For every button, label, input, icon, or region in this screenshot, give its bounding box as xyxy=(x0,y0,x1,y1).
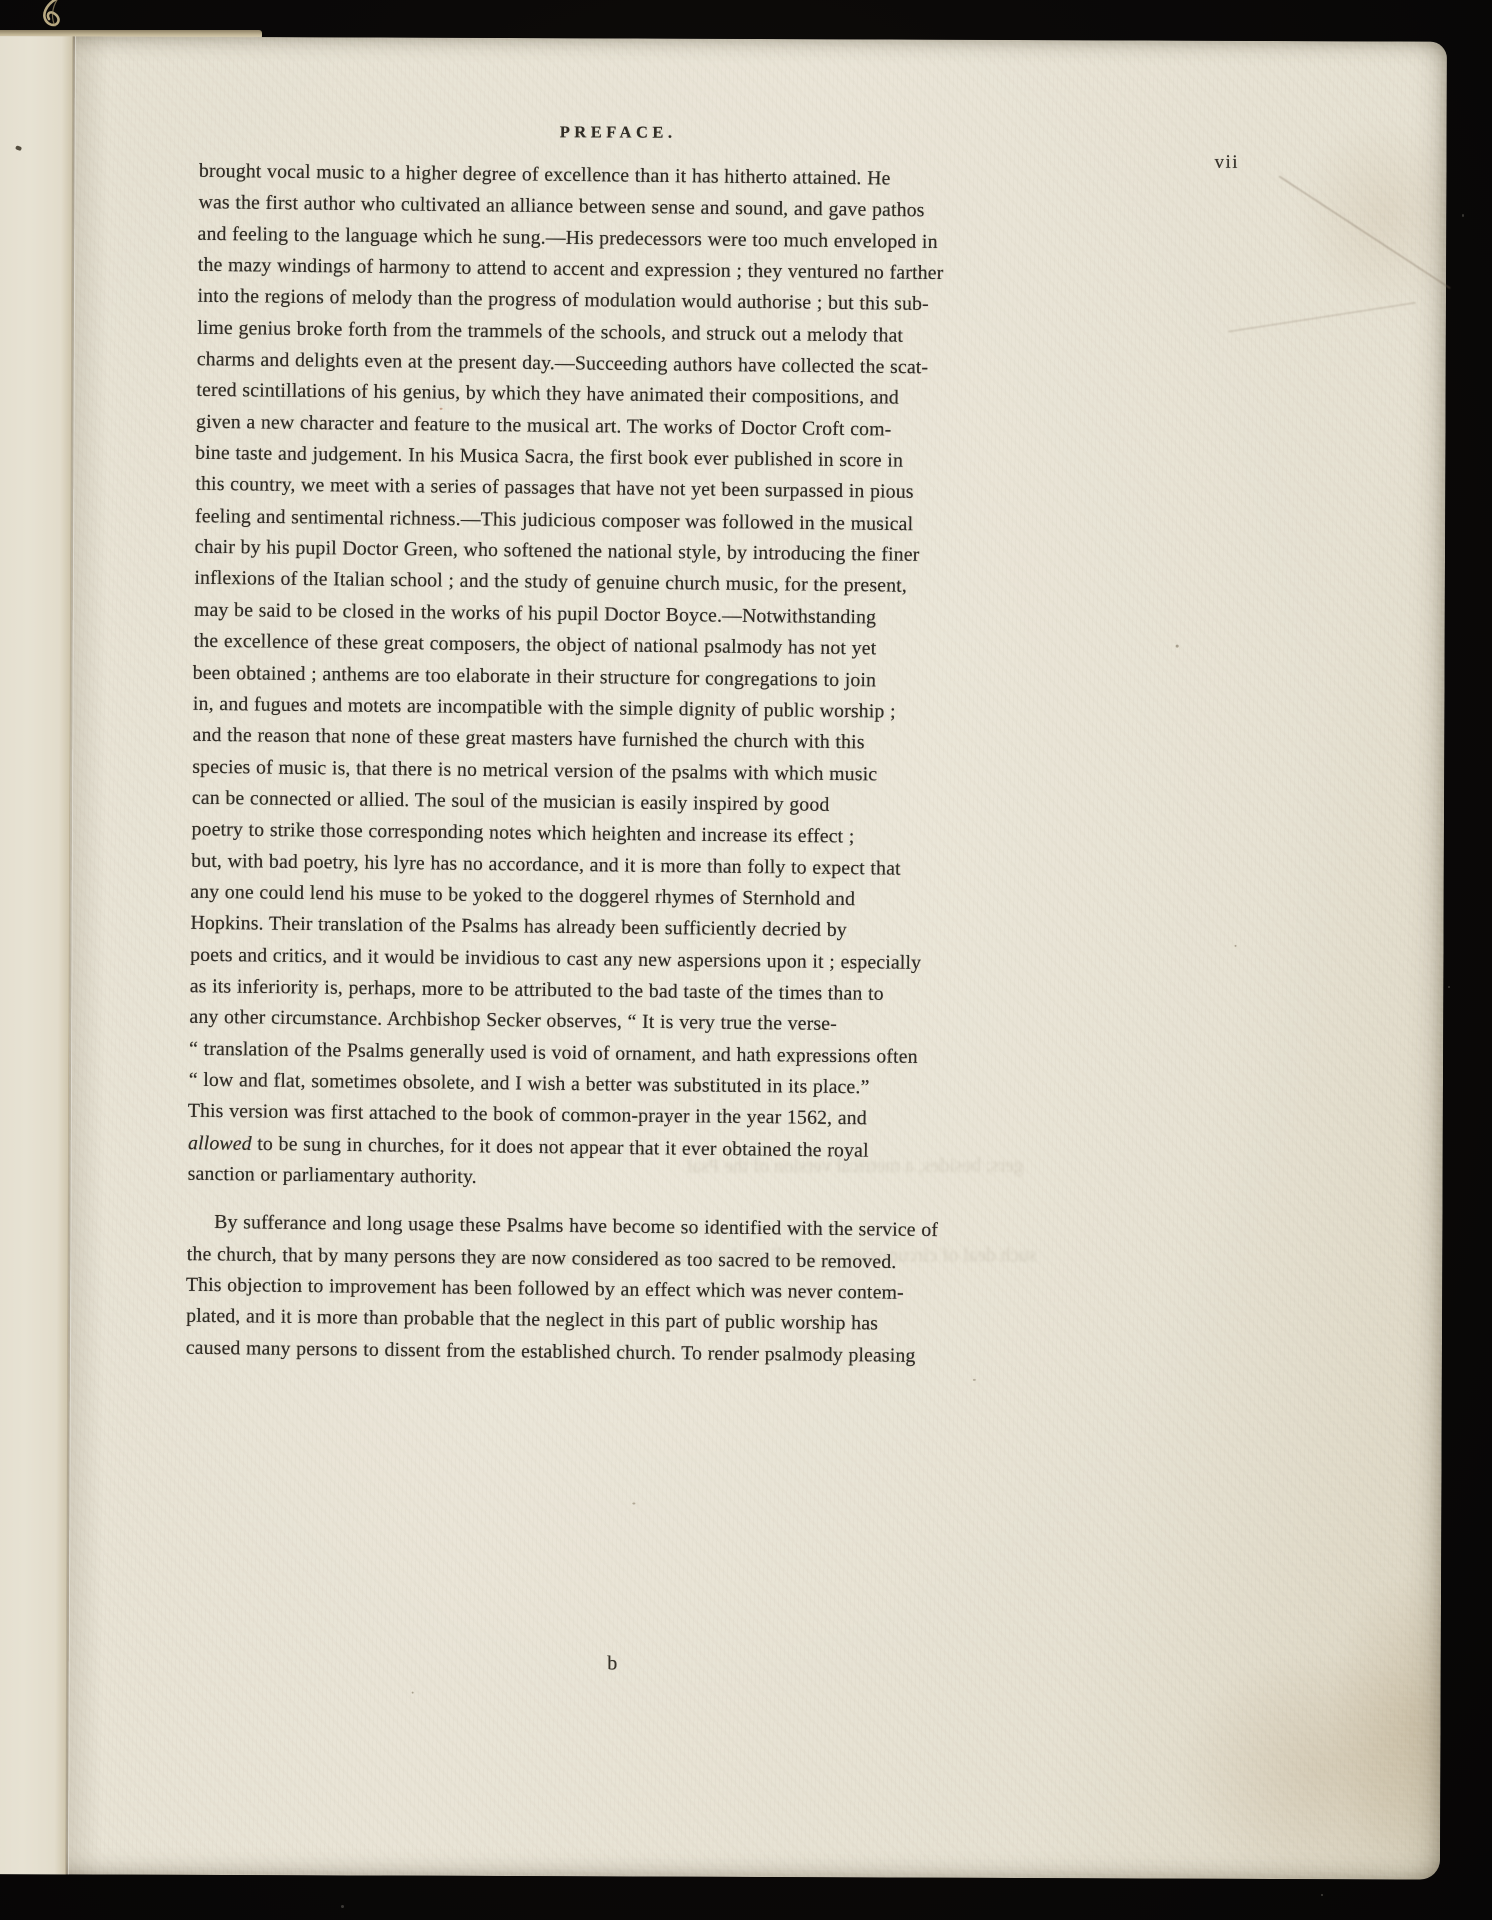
dust-speck xyxy=(1321,1894,1323,1896)
book-page: gers; besides, a metrical version of the… xyxy=(0,36,1447,1880)
text-block: brought vocal music to a higher degree o… xyxy=(186,156,1044,1373)
paper-speck xyxy=(412,1692,414,1694)
gutter-leaf-edge xyxy=(0,36,73,1874)
paper-speck xyxy=(1235,945,1237,947)
paper-crease xyxy=(1228,302,1416,332)
paper-speck xyxy=(1176,645,1179,648)
page-number: vii xyxy=(1214,152,1239,174)
signature-mark: b xyxy=(190,1651,1035,1677)
dust-speck xyxy=(1448,986,1450,988)
text-line-rest: to be sung in churches, for it does not … xyxy=(252,1132,869,1161)
dust-speck xyxy=(341,1905,344,1908)
paper-speck xyxy=(632,1503,635,1505)
italic-word: allowed xyxy=(188,1132,252,1155)
book-scan: gers; besides, a metrical version of the… xyxy=(0,0,1492,1920)
paragraph-2: By sufferance and long usage these Psalm… xyxy=(186,1207,1033,1373)
dust-speck xyxy=(1462,214,1464,217)
paper-crease xyxy=(1279,175,1451,289)
gutter-shadow xyxy=(68,36,109,1874)
page-title: PREFACE. xyxy=(196,121,1041,144)
paper-speck xyxy=(973,1379,976,1381)
